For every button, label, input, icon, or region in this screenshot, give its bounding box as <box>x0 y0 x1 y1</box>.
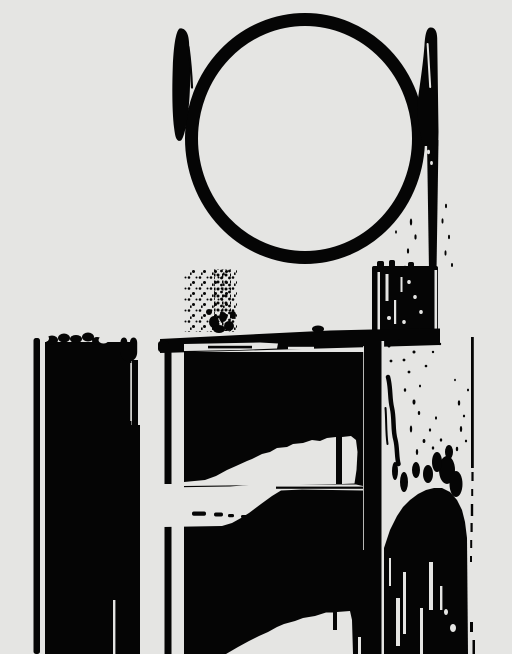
dark-block-holes <box>402 320 406 324</box>
dark-block-slivers <box>435 270 438 330</box>
mirror-ring <box>192 20 419 258</box>
mass-blobs <box>412 462 420 478</box>
shelf-band-dark-line <box>276 487 363 489</box>
texture-mid-dots <box>467 389 469 392</box>
texture-top-dots <box>419 385 421 388</box>
drip-dots <box>395 230 397 233</box>
shelf-band-dashes <box>214 513 223 517</box>
dark-block <box>372 266 438 337</box>
drip-dots <box>445 250 447 255</box>
drip-dots <box>414 234 416 239</box>
drip-dots <box>451 263 453 267</box>
left-panel-top-notches <box>43 336 49 342</box>
bottom-right-dashes <box>473 640 476 654</box>
texture-top-dots <box>413 351 416 354</box>
texture-mid-dots <box>458 400 460 405</box>
mass-blobs <box>400 472 408 492</box>
hinge-line-dashes <box>471 489 473 496</box>
drip-dots <box>410 219 412 226</box>
shelf-band-dashes <box>228 514 234 517</box>
middle-shelf-gap-upper-right <box>342 436 358 484</box>
left-panel-top-notches <box>99 337 109 344</box>
left-panel-bottom-sliver <box>113 600 115 654</box>
dark-block-holes <box>419 310 423 314</box>
drip-dots <box>442 218 444 223</box>
speckle-blobs <box>206 309 212 315</box>
texture-mid-dots <box>465 440 467 443</box>
drip-dots <box>448 235 450 239</box>
mass-blobs <box>423 465 433 483</box>
texture-mid-dots <box>435 416 437 419</box>
mass-white-streaks <box>389 558 391 586</box>
texture-mid-dots <box>429 428 431 431</box>
shape-root <box>34 20 476 654</box>
speckle-blobs <box>230 311 236 319</box>
lower-gap-sliver <box>358 637 361 654</box>
dark-block-bumps <box>408 262 414 269</box>
texture-mid-dots <box>413 399 416 404</box>
texture-top-dots <box>390 360 393 363</box>
texture-mid-dots <box>460 426 462 432</box>
left-panel-stem-sliver <box>130 363 132 421</box>
mass-blobs <box>392 462 398 480</box>
shelf-band-dashes <box>241 515 249 518</box>
left-panel-step <box>131 425 140 654</box>
dark-block-bumps <box>377 261 384 269</box>
speckle-blobs <box>219 312 227 322</box>
drip-streak <box>388 377 399 464</box>
hinge-line-dashes <box>471 523 473 532</box>
texture-mid-dots <box>454 379 456 381</box>
texture-mid-dots <box>456 447 458 451</box>
texture-mid-dots <box>432 446 434 449</box>
mass-white-streaks <box>403 572 406 634</box>
texture-mid-dots <box>463 415 465 418</box>
right-support-post <box>427 140 439 271</box>
speckle-blobs <box>224 321 234 331</box>
shelf-top-dark-dash <box>208 346 252 349</box>
dark-block-holes <box>387 316 391 320</box>
mass-blobs <box>450 471 463 497</box>
texture-top-dots <box>425 365 428 368</box>
shelf-top-highlight-dash <box>288 347 314 349</box>
mass-blobs <box>432 452 442 472</box>
hinge-line-dashes <box>470 556 472 562</box>
post-holes <box>427 150 430 154</box>
texture-mid-dots <box>416 449 418 455</box>
texture-top-dots <box>404 388 406 392</box>
left-panel-prongs <box>121 338 138 362</box>
drip-dots <box>445 204 447 208</box>
texture-mid-dots <box>410 426 412 433</box>
hinge-line-dashes <box>471 504 473 516</box>
dark-block-holes <box>413 295 417 299</box>
texture-top-dots <box>403 359 406 362</box>
texture-top-dots <box>408 371 411 374</box>
pillar-gap <box>382 341 385 654</box>
mass-white-dots <box>444 609 448 615</box>
scene-svg <box>0 0 512 654</box>
mass-blobs <box>445 445 453 459</box>
mass-white-streaks <box>396 598 400 646</box>
shelf-band-dashes <box>192 512 206 516</box>
top-rail-bump <box>312 326 324 333</box>
dark-block-slivers <box>394 300 396 324</box>
dark-block-slivers <box>386 274 389 301</box>
texture-mid-dots <box>423 439 426 443</box>
mass-white-streaks <box>420 608 423 654</box>
texture-mid-dots <box>440 438 442 441</box>
texture-top-dots <box>432 351 434 353</box>
right-pillar <box>364 333 382 654</box>
shelf-frame-line-lower <box>165 526 172 654</box>
texture-top-dots <box>388 345 391 348</box>
hinge-line <box>471 337 474 468</box>
dark-block-slivers <box>401 277 403 292</box>
left-frame-line <box>34 338 41 654</box>
left-panel-stem <box>132 360 139 430</box>
texture-mid-dots <box>418 411 420 415</box>
mass-white-streaks <box>429 562 433 610</box>
hinge-line-dashes <box>470 540 472 548</box>
texture-top-dots <box>439 343 441 345</box>
mass-white-streaks <box>440 586 442 610</box>
drip-dots <box>391 218 393 222</box>
dark-block-bumps <box>389 260 395 269</box>
left-panel-top-bumps <box>70 335 82 343</box>
texture-top-dots <box>398 340 401 343</box>
drip-streak-thin <box>386 408 388 444</box>
posterized-image <box>0 0 512 654</box>
bottom-right-dashes <box>470 622 473 632</box>
post-holes <box>430 161 433 165</box>
hinge-line-dashes <box>471 472 473 481</box>
left-panel-top-bumps <box>58 334 70 343</box>
speckle-blobs <box>213 325 225 333</box>
drip-dots <box>407 248 409 253</box>
shelf-frame-line-upper <box>165 345 172 484</box>
left-panel <box>45 342 131 654</box>
dark-block-holes <box>407 280 411 284</box>
dark-block-slivers <box>378 272 381 330</box>
mass-white-dots <box>450 624 456 632</box>
